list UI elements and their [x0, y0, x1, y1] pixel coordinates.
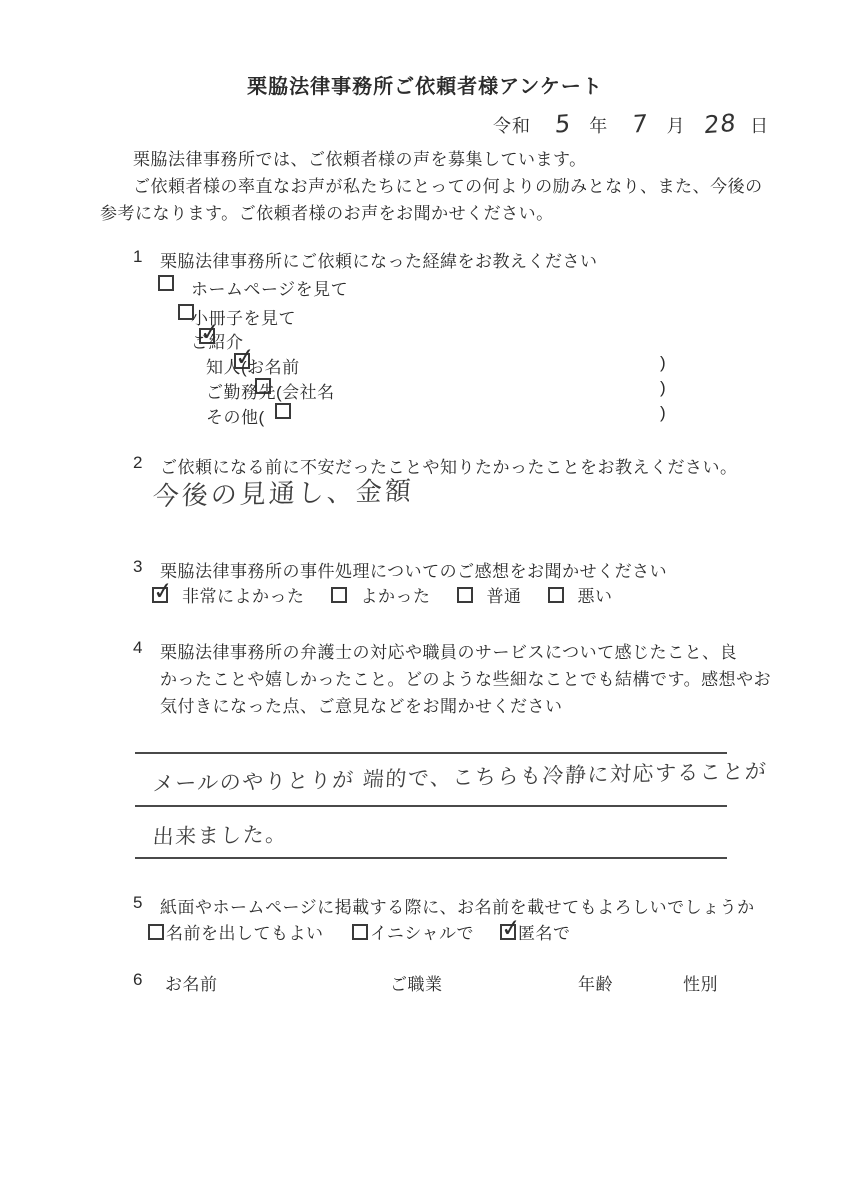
- q5-option-anonymous-checkbox: ✓: [500, 924, 516, 940]
- q3-options-row: ✓ 非常によかった よかった 普通 悪い: [152, 582, 613, 607]
- survey-form-page: 栗脇法律事務所ご依頼者様アンケート 令和 5 年 7 月 28 日 栗脇法律事務…: [0, 0, 850, 1202]
- q3-option-bad-label: 悪い: [578, 582, 613, 607]
- intro-line-1: 栗脇法律事務所では、ご依頼者様の声を募集しています。: [133, 145, 587, 170]
- q5-option-initials-label: イニシャルで: [370, 919, 474, 944]
- q5-option-realname-label: 名前を出してもよい: [166, 919, 324, 944]
- page-title: 栗脇法律事務所ご依頼者様アンケート: [0, 70, 850, 99]
- q1-sub-acquaintance-label: 知人(お名前: [206, 353, 300, 378]
- q3-option-excellent-label: 非常によかった: [182, 582, 305, 607]
- q1-option-homepage-label: ホームページを見て: [191, 275, 348, 300]
- q5-number: 5: [133, 893, 142, 913]
- date-month-label: 月: [667, 112, 686, 138]
- checkmark-icon: ✓: [500, 915, 523, 941]
- q3-option-good-label: よかった: [361, 582, 431, 607]
- q5-option-realname: 名前を出してもよい: [148, 919, 324, 944]
- q1-number: 1: [133, 247, 142, 267]
- q5-option-initials-checkbox: [352, 924, 368, 940]
- q5-option-realname-checkbox: [148, 924, 164, 940]
- q6-number: 6: [133, 970, 142, 990]
- q3-number: 3: [133, 557, 142, 577]
- q5-option-anonymous-label: 匿名で: [518, 919, 571, 944]
- date-day-label: 日: [750, 112, 769, 138]
- q2-handwritten-answer: 今後の見通し、金額: [152, 470, 415, 513]
- q5-option-initials: イニシャルで: [352, 919, 474, 944]
- q1-sub-other-checkbox: [275, 403, 291, 419]
- q1-sub-other-label: その他(: [206, 403, 265, 428]
- q3-option-excellent-checkbox: ✓: [152, 587, 168, 603]
- q4-answer-ruled-line-1: [135, 752, 727, 754]
- intro-line-3: 参考になります。ご依頼者様のお声をお聞かせください。: [100, 199, 554, 224]
- q4-number: 4: [133, 638, 142, 658]
- q4-text-line-1: 栗脇法律事務所の弁護士の対応や職員のサービスについて感じたこと、良: [160, 638, 737, 663]
- q5-text: 紙面やホームページに掲載する際に、お名前を載せてもよろしいでしょうか: [160, 893, 755, 918]
- q3-text: 栗脇法律事務所の事件処理についてのご感想をお聞かせください: [160, 557, 667, 582]
- date-line: 令和 5 年 7 月 28 日: [493, 110, 769, 138]
- q1-sub-workplace-label: ご勤務先(会社名: [206, 378, 335, 403]
- date-year-label: 年: [589, 112, 608, 138]
- q5-option-anonymous: ✓ 匿名で: [500, 919, 571, 944]
- q6-field-occupation-label: ご職業: [390, 970, 443, 995]
- q1-sub-other-close-paren: ): [660, 403, 666, 423]
- q4-text-line-3: 気付きになった点、ご意見などをお聞かせください: [160, 692, 563, 717]
- q6-field-age-label: 年齢: [578, 970, 613, 995]
- q4-handwritten-answer-line-2: 出来ました。: [152, 818, 288, 851]
- q1-text: 栗脇法律事務所にご依頼になった経緯をお教えください: [160, 247, 598, 272]
- q3-option-average-checkbox: [457, 587, 473, 603]
- q1-sub-workplace-close-paren: ): [660, 378, 666, 398]
- q6-field-gender-label: 性別: [683, 970, 718, 995]
- q3-option-bad-checkbox: [548, 587, 564, 603]
- date-era-label: 令和: [493, 112, 531, 138]
- q2-number: 2: [133, 453, 142, 473]
- q4-handwritten-answer-line-1: メールのやりとりが 端的で、こちらも冷静に対応することが: [152, 755, 768, 798]
- q6-field-name-label: お名前: [165, 970, 218, 995]
- q3-option-good-checkbox: [331, 587, 347, 603]
- q3-option-average-label: 普通: [487, 582, 522, 607]
- q1-option-homepage-checkbox: [158, 275, 174, 291]
- date-month-value: 7: [631, 109, 649, 138]
- date-year-value: 5: [554, 109, 572, 138]
- checkmark-icon: ✓: [152, 578, 175, 604]
- q4-answer-ruled-line-2: [135, 805, 727, 807]
- q4-text-line-2: かったことや嬉しかったこと。どのような些細なことでも結構です。感想やお: [160, 665, 771, 690]
- date-day-value: 28: [703, 109, 737, 139]
- intro-line-2: ご依頼者様の率直なお声が私たちにとっての何よりの励みとなり、また、今後の: [133, 172, 763, 197]
- q1-sub-acquaintance-close-paren: ): [660, 353, 666, 373]
- q4-answer-ruled-line-3: [135, 857, 727, 859]
